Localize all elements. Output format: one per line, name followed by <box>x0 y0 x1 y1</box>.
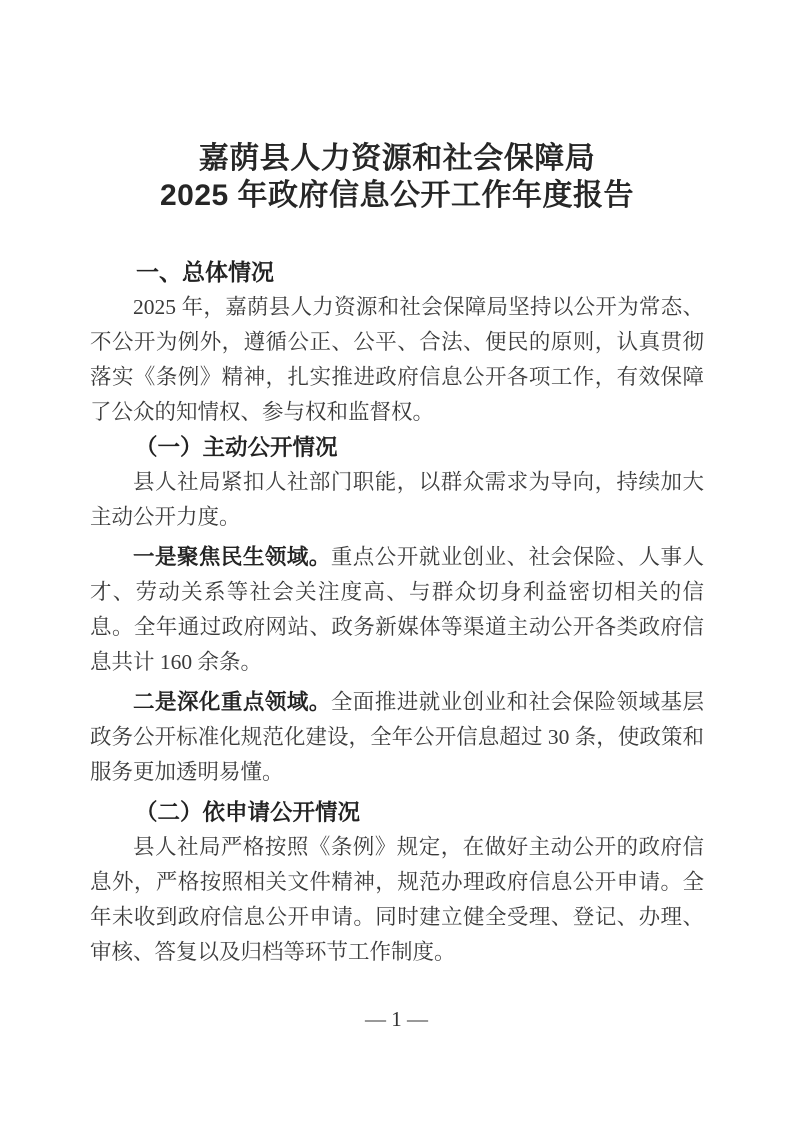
document-page: 嘉荫县人力资源和社会保障局 2025 年政府信息公开工作年度报告 一、总体情况 … <box>0 0 793 1122</box>
document-body: 嘉荫县人力资源和社会保障局 2025 年政府信息公开工作年度报告 一、总体情况 … <box>90 140 704 970</box>
paragraph-point-1-lead: 一是聚焦民生领域。 <box>133 545 331 569</box>
paragraph-point-2: 二是深化重点领域。全面推进就业创业和社会保险领域基层政务公开标准化规范化建设，全… <box>90 685 704 790</box>
section-heading-overall: 一、总体情况 <box>90 255 704 290</box>
subsection-heading-on-request: （二）依申请公开情况 <box>90 795 704 830</box>
paragraph-point-2-lead: 二是深化重点领域。 <box>133 690 331 714</box>
paragraph-point-1: 一是聚焦民生领域。重点公开就业创业、社会保险、人事人才、劳动关系等社会关注度高、… <box>90 540 704 680</box>
paragraph-overall: 2025 年，嘉荫县人力资源和社会保障局坚持以公开为常态、不公开为例外，遵循公正… <box>90 290 704 430</box>
report-title-line-2: 2025 年政府信息公开工作年度报告 <box>90 177 704 214</box>
subsection-heading-proactive: （一）主动公开情况 <box>90 430 704 465</box>
report-content: 一、总体情况 2025 年，嘉荫县人力资源和社会保障局坚持以公开为常态、不公开为… <box>90 255 704 970</box>
page-number: — 1 — <box>365 1007 428 1031</box>
paragraph-proactive-intro: 县人社局紧扣人社部门职能，以群众需求为导向，持续加大主动公开力度。 <box>90 465 704 535</box>
paragraph-on-request: 县人社局严格按照《条例》规定，在做好主动公开的政府信息外，严格按照相关文件精神，… <box>90 830 704 970</box>
report-title: 嘉荫县人力资源和社会保障局 2025 年政府信息公开工作年度报告 <box>90 140 704 214</box>
report-title-line-1: 嘉荫县人力资源和社会保障局 <box>90 140 704 177</box>
page-footer: — 1 — <box>0 1004 793 1034</box>
